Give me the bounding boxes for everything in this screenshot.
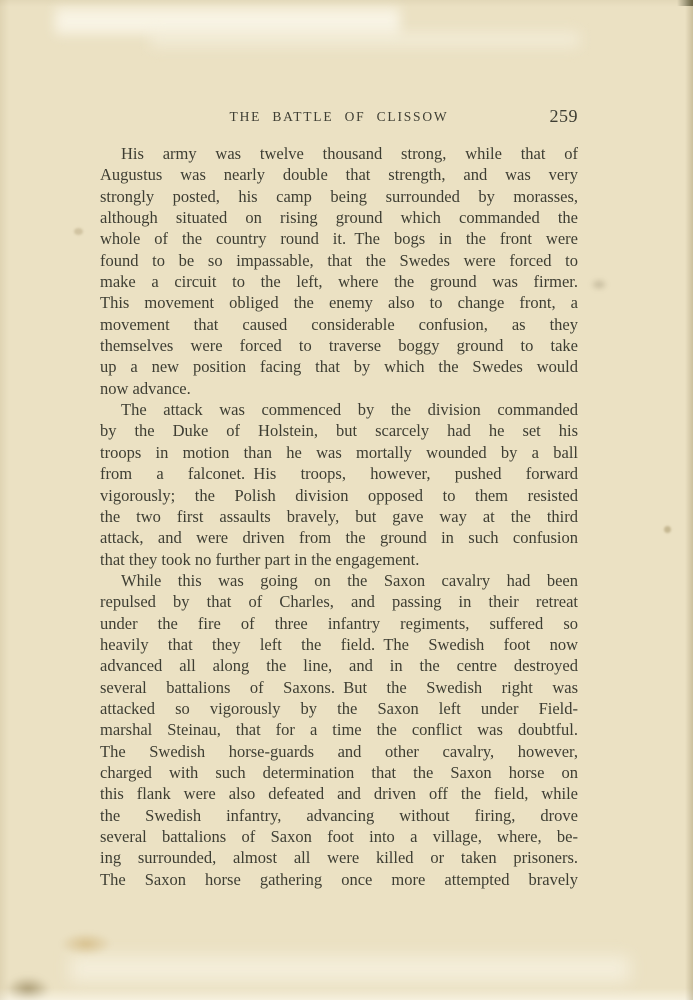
paper-speck-artifact	[74, 228, 83, 235]
text-line: While this was going on the Saxon cavalr…	[100, 570, 578, 591]
text-line: several battalions of Saxon foot into a …	[100, 826, 578, 847]
text-line: attack, and were driven from the ground …	[100, 527, 578, 548]
text-line: charged with such determination that the…	[100, 762, 578, 783]
text-line: The Swedish horse-guards and other caval…	[100, 741, 578, 762]
text-line: The Saxon horse gathering once more atte…	[100, 869, 578, 890]
text-line: movement that caused considerable confus…	[100, 314, 578, 335]
page-header: THE BATTLE OF CLISSOW 259	[100, 106, 578, 128]
text-line: themselves were forced to traverse boggy…	[100, 335, 578, 356]
text-line: vigorously; the Polish division opposed …	[100, 485, 578, 506]
running-title: THE BATTLE OF CLISSOW	[100, 106, 578, 125]
scan-streak-artifact	[70, 956, 630, 982]
text-line: from a falconet. His troops, however, pu…	[100, 463, 578, 484]
text-line: make a circuit to the left, where the gr…	[100, 271, 578, 292]
text-line: although situated on rising ground which…	[100, 207, 578, 228]
text-line: several battalions of Saxons. But the Sw…	[100, 677, 578, 698]
text-line: by the Duke of Holstein, but scarcely ha…	[100, 420, 578, 441]
text-line: marshal Steinau, that for a time the con…	[100, 719, 578, 740]
paper-smudge-artifact	[590, 278, 608, 291]
paper-stain-artifact	[6, 976, 50, 1000]
book-page-scan: THE BATTLE OF CLISSOW 259 His army was t…	[0, 0, 693, 1000]
text-line: the Swedish infantry, advancing without …	[100, 805, 578, 826]
text-line: now advance.	[100, 378, 578, 399]
text-line: found to be so impassable, that the Swed…	[100, 250, 578, 271]
paper-speck-artifact	[664, 526, 671, 533]
page-number: 259	[550, 106, 579, 127]
text-line: His army was twelve thousand strong, whi…	[100, 143, 578, 164]
scan-streak-artifact	[55, 8, 400, 34]
text-line: troops in motion than he was mortally wo…	[100, 442, 578, 463]
text-line: up a new position facing that by which t…	[100, 356, 578, 377]
paragraph: The attack was commenced by the division…	[100, 399, 578, 570]
text-line: this flank were also defeated and driven…	[100, 783, 578, 804]
text-line: ing surrounded, almost all were killed o…	[100, 847, 578, 868]
page-body: His army was twelve thousand strong, whi…	[100, 143, 578, 890]
text-line: Augustus was nearly double that strength…	[100, 164, 578, 185]
paper-stain-artifact	[60, 932, 112, 956]
scan-streak-artifact	[150, 32, 580, 47]
text-line: repulsed by that of Charles, and passing…	[100, 591, 578, 612]
text-line: under the fire of three infantry regimen…	[100, 613, 578, 634]
text-line: This movement obliged the enemy also to …	[100, 292, 578, 313]
text-line: strongly posted, his camp being surround…	[100, 186, 578, 207]
text-line: heavily that they left the field. The Sw…	[100, 634, 578, 655]
text-line: The attack was commenced by the division…	[100, 399, 578, 420]
text-line: whole of the country round it. The bogs …	[100, 228, 578, 249]
text-line: advanced all along the line, and in the …	[100, 655, 578, 676]
paragraph: While this was going on the Saxon cavalr…	[100, 570, 578, 890]
page-edge-shadow	[677, 0, 693, 6]
text-line: the two first assaults bravely, but gave…	[100, 506, 578, 527]
text-line: that they took no further part in the en…	[100, 549, 578, 570]
paragraph: His army was twelve thousand strong, whi…	[100, 143, 578, 399]
text-line: attacked so vigorously by the Saxon left…	[100, 698, 578, 719]
